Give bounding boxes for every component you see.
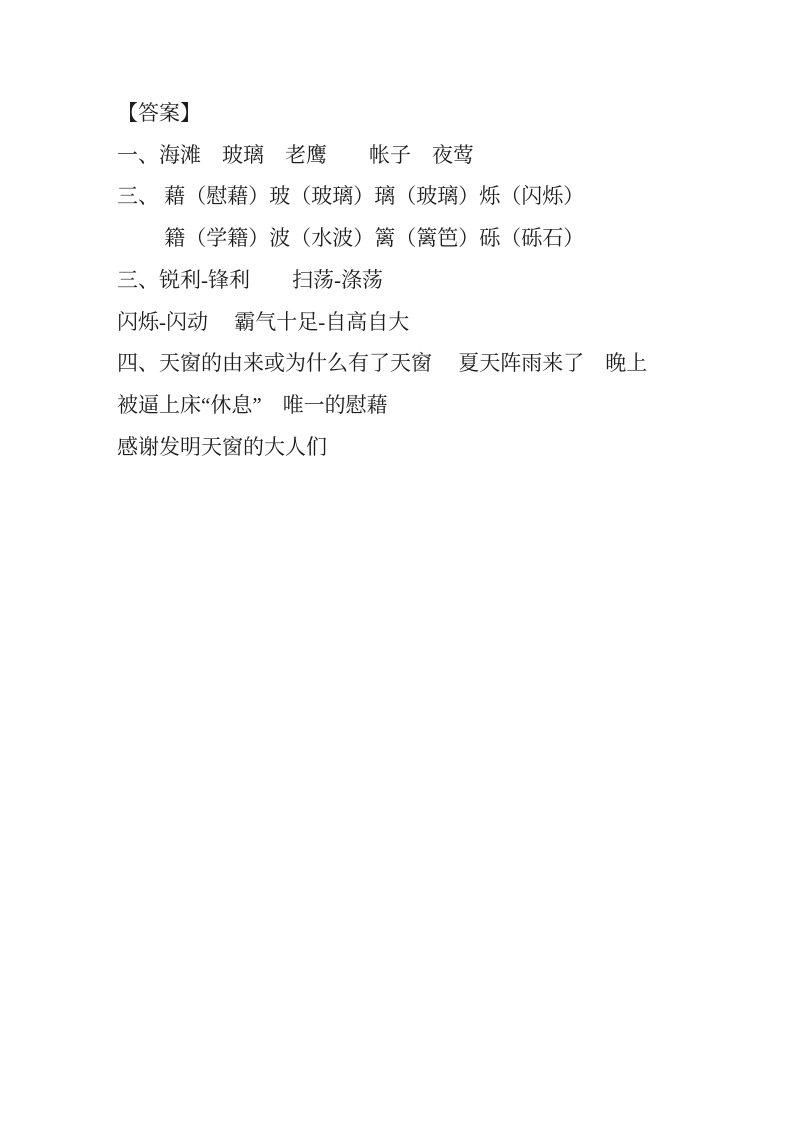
answer-line-section3-row1: 三、锐利-锋利 扫荡-涤荡 [117, 260, 753, 302]
answer-line-section2-row2: 籍（学籍）波（水波）篱（篱笆）砾（砾石） [117, 218, 753, 260]
answer-line-section3-row2: 闪烁-闪动 霸气十足-自高自大 [117, 302, 753, 344]
answer-line-section4-row2: 被逼上床“休息” 唯一的慰藉 [117, 385, 753, 427]
answer-line-section1: 一、海滩 玻璃 老鹰 帐子 夜莺 [117, 135, 753, 177]
document-page: 【答案】 一、海滩 玻璃 老鹰 帐子 夜莺 三、 藉（慰藉）玻（玻璃）璃（玻璃）… [0, 0, 793, 1122]
answer-heading: 【答案】 [117, 93, 753, 135]
answer-key-block: 【答案】 一、海滩 玻璃 老鹰 帐子 夜莺 三、 藉（慰藉）玻（玻璃）璃（玻璃）… [117, 93, 753, 468]
answer-line-section4-row1: 四、天窗的由来或为什么有了天窗 夏天阵雨来了 晚上 [117, 343, 753, 385]
answer-line-section4-row3: 感谢发明天窗的大人们 [117, 427, 753, 469]
answer-line-section2-row1: 三、 藉（慰藉）玻（玻璃）璃（玻璃）烁（闪烁） [117, 176, 753, 218]
